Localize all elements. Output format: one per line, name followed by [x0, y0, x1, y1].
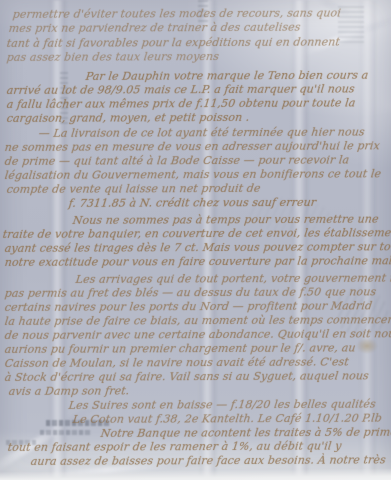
- letter-body: permettre d'éviter toutes les modes de r…: [0, 0, 391, 480]
- letter-line: — La livraison de ce lot ayant été termi…: [38, 126, 365, 140]
- letter-line: Les arrivages qui de tout portent, votre…: [75, 272, 391, 286]
- letter-line: Par le Dauphin votre marque le Teno bien…: [85, 69, 369, 83]
- letter-line: certains navires pour les ports du Nord …: [4, 299, 373, 314]
- letter-line: tant à fait si favorables pour la expédi…: [6, 36, 341, 50]
- letter-scan: permettre d'éviter toutes les modes de r…: [0, 0, 391, 480]
- letter-line: à Stock d'écrire qui sa faire. Vail sans…: [4, 369, 370, 384]
- letter-line: aura assez de baisses pour faire face au…: [30, 453, 387, 468]
- letter-line: légalisation du Gouvernement, mais vous …: [4, 167, 382, 182]
- letter-line: permettre d'éviter toutes les modes de r…: [12, 7, 342, 21]
- letter-line: pas assez bien des taux leurs moyens: [6, 50, 220, 64]
- letter-line: notre exactitude pour vous en faire couv…: [4, 254, 391, 269]
- letter-line: traite de votre banquier, en couverture …: [2, 226, 391, 241]
- letter-line: ne sommes pas en mesure de vous en adres…: [4, 139, 381, 154]
- letter-line: tout en faisant espoir de les ramener à …: [7, 440, 342, 454]
- letter-line: Notre Banque ne acontent les traites à 5…: [100, 426, 391, 440]
- letter-line: la haute prise de faire ce biais, au mom…: [4, 313, 391, 328]
- letter-line: de prime — qui tant alté à la Bode Caiss…: [4, 153, 350, 168]
- letter-line: avis a Damp son fret.: [8, 384, 130, 398]
- letter-line: arrivé au lot de 98/9.05 mais ce L.P. a …: [6, 82, 355, 97]
- letter-line: Les Suires sont en baisse — f.18/20 les …: [68, 398, 377, 412]
- letter-line: pas permis au fret des blés — au dessus …: [4, 285, 377, 300]
- letter-line: mes prix ne parviendrez de trainer à des…: [8, 21, 301, 35]
- letter-line: aurions pu fournir un premier chargement…: [4, 341, 356, 356]
- letter-line: Caisson de Moulan, si le navire nous ava…: [4, 355, 350, 370]
- letter-line: f. 7311.85 à N. crédit chez vous sauf er…: [68, 196, 317, 210]
- letter-line: ayant cessé les tirages dès le 7 ct. Mai…: [4, 240, 391, 255]
- letter-line: Nous ne sommes pas à temps pour vous rem…: [72, 213, 379, 227]
- letter-line: Le Coton vaut f.38, 2e Kantelth. Le Café…: [72, 412, 383, 426]
- letter-line: a fallu lâcher aux mêmes prix de f.11,50…: [6, 96, 356, 111]
- letter-line: compte de vente qui laisse un net produi…: [6, 182, 261, 196]
- letter-line: cargaison, grand, moyen, et petit poisso…: [6, 111, 250, 125]
- letter-line: de nous parvenir avec une certaine abond…: [4, 327, 391, 342]
